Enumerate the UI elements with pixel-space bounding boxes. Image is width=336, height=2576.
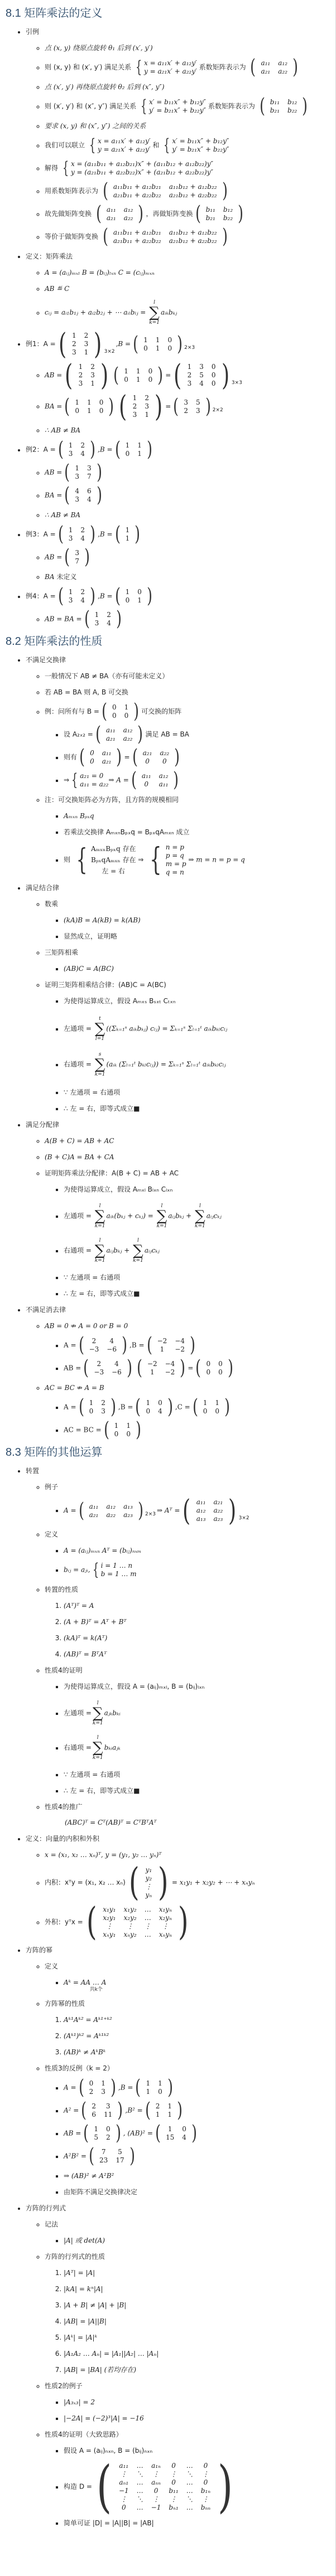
- list-item: 数乘 (kA)B = A(kB) = k(AB) 显然成立，证明略: [45, 899, 331, 941]
- list-item: 则 (x, y) 和 (x′, y′) 满足关系 {x = a₁₁x′ + a₁…: [45, 59, 331, 76]
- matrix: (a₁₁a₁₂a₂₁a₂₂): [94, 726, 145, 743]
- list-item: 定义 Aᵏ = AA … A共k个: [45, 1961, 331, 1992]
- list-item: |−2A| = (−2)³|A| = −16: [64, 2413, 331, 2423]
- list-item: A =(0123),B =(1110): [64, 2079, 331, 2096]
- equation-system: {x = a₁₁x′ + a₁₂y′y = a₂₁x′ + a₂₂y′: [133, 59, 197, 76]
- list-item: |A₃ₓ₃| = 2: [64, 2397, 331, 2407]
- list-item: |Aᵀ| = |A|: [64, 2268, 331, 2278]
- list-item: AB ≝ C: [45, 284, 331, 294]
- list-item: ∴ 左 = 右，即等式成立■: [64, 1786, 331, 1796]
- list-item: 点 (x′, y′) 再绕原点旋转 θ₂ 后到 (x″, y″): [45, 82, 331, 92]
- list-item: 证明矩阵乘法分配律：A(B + C) = AB + AC 为使得运算成立，假设 …: [45, 1168, 331, 1299]
- list-item: 简单可证 |D| = |A||B| = |AB|: [64, 2518, 331, 2528]
- list-item: 右通项 = s∑k=1(aᵢₖ (Σₗ₌₁ᵗ bₖₗcₗⱼ)) = Σₖ₌₁ˢ …: [64, 1052, 331, 1077]
- list-item: 性质2的例子 |A₃ₓ₃| = 2 |−2A| = (−2)³|A| = −16: [45, 2381, 331, 2423]
- matrix: (4634): [63, 487, 103, 504]
- list-item: AB =(1052), (AB)² =(10154): [64, 2125, 331, 2142]
- matrix: (a₁₁b₁₁ + a₁₂b₂₁a₁₁b₁₂ + a₁₂b₂₂a₂₁b₁₁ + …: [102, 229, 229, 245]
- matrix: (0100): [100, 703, 140, 720]
- intro-example: 引例 点 (x, y) 绕原点旋转 θ₁ 后到 (x′, y′) 则 (x, y…: [26, 27, 331, 245]
- matrix: (1100): [191, 1399, 231, 1416]
- list-item: ⇒{a₂₁ = 0a₁₁ = a₂₂⇒ A =(a₁₁a₁₂0a₁₁): [64, 772, 331, 789]
- matrix: (10154): [154, 2125, 198, 2142]
- matrix: (1337): [63, 464, 103, 481]
- matrix: (a₂₁a₂₂00): [131, 749, 181, 766]
- list-item: 为使得运算成立，假设 A = (aᵢⱼ)ₘₓₗ, B = (bᵢⱼ)ₗₓₙ: [64, 1681, 331, 1692]
- list-item: Aᵏ = AA … A共k个: [64, 1977, 331, 1992]
- list-item: 显然成立，证明略: [64, 931, 331, 941]
- list-item: (AB)ᵀ = BᵀAᵀ: [64, 1649, 331, 1659]
- list-item: AB =(24−3−6)(−2−41−2)=(0000): [64, 1360, 331, 1377]
- matrix: (1234): [57, 526, 97, 543]
- list-item: AC = BC ⇏ A = B A =(1203),B =(1004),C =(…: [45, 1383, 331, 1438]
- list-item: BA =(4634): [45, 487, 331, 504]
- list-item: x = (x₁, x₂ … xₙ)ᵀ, y = (y₁, y₂ … yₙ)ᵀ: [45, 1850, 331, 1860]
- matrix: (a₁₁a₁₂0a₁₁): [130, 772, 180, 789]
- matrix: (b₁₁b₁₂b₂₁b₂₂): [194, 206, 245, 222]
- transpose: 转置 例子 A =(a₁₁a₁₂a₁₃a₂₁a₂₂a₂₃)2×3⇒ Aᵀ =(a…: [26, 1466, 331, 1827]
- list-item: BA =(110010)(122331)=(3523)2×2: [45, 394, 331, 419]
- list-item: 左通项 = l∑k=1aᵢₖ(bₖⱼ + cₖⱼ) = l∑k=1aᵢⱼbₖⱼ …: [64, 1203, 331, 1229]
- list-item: |A| 或 det(A): [64, 2235, 331, 2246]
- list-item: (AB)ᵏ ≠ AᵏBᵏ: [64, 2047, 331, 2057]
- matrix: (11): [114, 526, 142, 543]
- list-item: (AB)C = A(BC): [64, 964, 331, 974]
- section-title-8-1: 8.1 矩阵乘法的定义: [6, 6, 331, 21]
- vector-products: 定义：向量的内积和外积 x = (x₁, x₂ … xₙ)ᵀ, y = (y₁,…: [26, 1834, 331, 1939]
- matrix: (0000): [194, 1360, 234, 1377]
- equation-system: {x = a₁₁x′ + a₁₂y′y = a₂₁x′ + a₂₂y′: [87, 137, 151, 154]
- list-item: ∵ 左通项 = 右通项: [64, 1272, 331, 1282]
- example-2: 例2：A =(1234),B =(1101) AB =(1337) BA =(4…: [26, 441, 331, 520]
- matrix: (122331): [63, 363, 110, 388]
- list-item: AC = BC =(1100): [64, 1422, 331, 1438]
- matrix: (a₁₁a₂₁a₁₂a₂₂a₁₃a₂₃)3×2: [181, 1498, 249, 1523]
- determinant: 方阵的行列式 记法 |A| 或 det(A) 方阵的行列式的性质 |Aᵀ| = …: [26, 2203, 331, 2528]
- list-item: (Aᵏ¹)ᵏ² = Aᵏ¹ᵏ²: [64, 2031, 331, 2041]
- list-item: 点 (x, y) 绕原点旋转 θ₁ 后到 (x′, y′): [45, 43, 331, 53]
- list-item: 例：问所有与 B =(0100)可交换的矩阵 设 A₂ₓ₂ =(a₁₁a₁₂a₂…: [45, 703, 331, 789]
- list-item: 解得 {x = (a₁₁b₁₁ + a₁₂b₂₁)x″ + (a₁₁b₁₂ + …: [45, 160, 331, 177]
- list-item: cᵢⱼ = aᵢ₁b₁ⱼ + aᵢ₂b₂ⱼ + ⋯ aᵢₗbₗⱼ = l∑k=1…: [45, 300, 331, 325]
- matrix: (1234): [57, 588, 97, 605]
- section-title-8-3: 8.3 矩阵的其他运算: [6, 1445, 331, 1460]
- matrix: (3523)2×2: [172, 398, 223, 415]
- list-item: 故先做矩阵变换 (a₁₁a₁₂a₂₁a₂₂)，再做矩阵变换(b₁₁b₁₂b₂₁b…: [45, 206, 331, 222]
- list-item: 性质3的反例（k = 2） A =(0123),B =(1110) A² =(2…: [45, 2063, 331, 2197]
- list-item: Aᵏ¹Aᵏ² = Aᵏ¹⁺ᵏ²: [64, 2015, 331, 2025]
- list-item: 性质4的推广 (ABC)ᵀ = Cᵀ(AB)ᵀ = CᵀBᵀAᵀ: [45, 1802, 331, 1827]
- list-item: 构造 D =(a₁₁…a₁ₙ0…0⋮⋱⋮⋮⋱⋮aₙ₁…aₙₙ0…0−1…0b₁₁…: [64, 2462, 331, 2512]
- matrix: (24−3−6): [82, 1360, 133, 1377]
- list-item: AB =(37): [45, 549, 331, 566]
- list-item: AB =(122331)(110010)=(130250340)3×3: [45, 363, 331, 388]
- matrix: (37): [63, 549, 91, 566]
- list-item: |Aᵏ| = |A|ᵏ: [64, 2332, 331, 2342]
- list-item: |AB| = |A||B|: [64, 2316, 331, 2326]
- matrix: (130250340)3×3: [172, 363, 242, 388]
- list-item: 设 A₂ₓ₂ =(a₁₁a₁₂a₂₁a₂₂)满足 AB = BA: [64, 726, 331, 743]
- matrix: (122331)3×2: [57, 332, 115, 357]
- list-item: 记法 |A| 或 det(A): [45, 2219, 331, 2246]
- list-item: A²B² =(752317): [64, 2148, 331, 2165]
- matrix: (23611): [80, 2102, 124, 2119]
- list-item: A =(a₁₁a₁₂a₁₃a₂₁a₂₂a₂₃)2×3⇒ Aᵀ =(a₁₁a₂₁a…: [64, 1498, 331, 1523]
- equation-system: {x = (a₁₁b₁₁ + a₁₂b₂₁)x″ + (a₁₁b₁₂ + a₁₂…: [60, 160, 213, 177]
- matrix: (752317): [88, 2148, 136, 2165]
- matrix: (a₁₁a₁₂a₂₁a₂₂): [249, 59, 299, 76]
- matrix: (b₁₁b₁₂b₂₁b₂₂): [258, 98, 309, 115]
- list-item: 性质4的证明（大致思路） 假设 A = (aᵢⱼ)ₙₓₙ, B = (bᵢⱼ)ₙ…: [45, 2429, 331, 2528]
- list-item: 等价于做矩阵变换 (a₁₁b₁₁ + a₁₂b₂₁a₁₁b₁₂ + a₁₂b₂₂…: [45, 229, 331, 245]
- list-item: 右通项 =l∑k=1bₖᵢaⱼₖ: [64, 1735, 331, 1761]
- matrix: (1203): [78, 1399, 117, 1416]
- list-item: (Aᵀ)ᵀ = A: [64, 1601, 331, 1611]
- matrix: (122331): [117, 394, 164, 419]
- list-item: 外积：yᵀx =(x₁y₁x₁y₂…x₁yₙx₂y₁x₂y₂…x₂yₙ⋮⋮⋮⋮x…: [45, 1906, 331, 1939]
- matrix: (1234): [57, 441, 97, 458]
- list-item: AB = 0 ⇏ A = 0 or B = 0 A =(24−3−6),B =(…: [45, 1321, 331, 1377]
- list-item: 若 AB = BA 则 A, B 可交换: [45, 687, 331, 697]
- list-item: AB = BA =(1234): [45, 611, 331, 628]
- equation-system: {x′ = b₁₁x″ + b₁₂y″y′ = b₂₁x″ + b₂₂y″: [138, 98, 206, 115]
- list-item: ⇒ (AB)² ≠ A²B²: [64, 2171, 331, 2181]
- list-item: 则有(0a₁₁0a₂₁)=(a₂₁a₂₂00): [64, 749, 331, 766]
- document: 8.1 矩阵乘法的定义 引例 点 (x, y) 绕原点旋转 θ₁ 后到 (x′,…: [0, 0, 335, 2545]
- list-item: 则 (x′, y′) 和 (x″, y″) 满足关系 {x′ = b₁₁x″ +…: [45, 98, 331, 115]
- list-item: |A₁A₂ … Aₙ| = |A₁||A₂| … |Aₙ|: [64, 2349, 331, 2359]
- non-commutative: 不满足交换律 一般情况下 AB ≠ BA（亦有可能未定义） 若 AB = BA …: [26, 655, 331, 877]
- list-item: 方阵幂的性质 Aᵏ¹Aᵏ² = Aᵏ¹⁺ᵏ² (Aᵏ¹)ᵏ² = Aᵏ¹ᵏ² (…: [45, 1999, 331, 2057]
- list-item: (B + C)A = BA + CA: [45, 1152, 331, 1162]
- example-3: 例3：A =(1234),B =(11) AB =(37) BA 未定义: [26, 526, 331, 582]
- list-item: 转置的性质 (Aᵀ)ᵀ = A (A + B)ᵀ = Aᵀ + Bᵀ (kA)ᵀ…: [45, 1585, 331, 1659]
- list-item: AB =(1337): [45, 464, 331, 481]
- matrix: (a₁₁a₁₂a₂₁a₂₂): [95, 206, 145, 222]
- list-item: 方阵的行列式的性质 |Aᵀ| = |A| |kA| = kⁿ|A| |A + B…: [45, 2252, 331, 2375]
- list-item: A =(24−3−6),B =(−2−41−2): [64, 1337, 331, 1354]
- list-item: 三矩阵相乘 (AB)C = A(BC): [45, 947, 331, 974]
- matrix: (0a₁₁0a₂₁): [78, 749, 123, 766]
- matrix: (a₁₁a₁₂a₁₃a₂₁a₂₂a₂₃)2×3: [78, 1503, 156, 1519]
- list-item: 左通项 =l∑k=1aⱼₖbₖᵢ: [64, 1700, 331, 1726]
- matrix: (2111): [144, 2102, 184, 2119]
- list-item: BA 未定义: [45, 572, 331, 582]
- list-item: 证明三矩阵相乘结合律：(AB)C = A(BC) 为使得运算成立，假设 Aₘₓₛ…: [45, 980, 331, 1114]
- list-item: ∵ 左通项 = 右通项: [64, 1770, 331, 1780]
- list-item: 内积：xᵀy = (x₁, x₂ … xₙ)(y₁y₂⋮yₙ)= x₁y₁ + …: [45, 1866, 331, 1899]
- matrix: (1100): [103, 1422, 142, 1438]
- list-item: 为使得运算成立，假设 Aₘₓₗ Bₗₓₙ Cₗₓₙ: [64, 1184, 331, 1194]
- matrix-power: 方阵的幂 定义 Aᵏ = AA … A共k个 方阵幂的性质 Aᵏ¹Aᵏ² = A…: [26, 1945, 331, 2197]
- matrix: (−2−41−2): [146, 1337, 197, 1354]
- example-4: 例4：A =(1234),B =(1001) AB = BA =(1234): [26, 588, 331, 628]
- matrix: (−2−41−2): [136, 1360, 187, 1377]
- matrix: (0123): [78, 2079, 117, 2096]
- list-item: (kA)ᵀ = k(Aᵀ): [64, 1633, 331, 1643]
- matrix: (1052): [82, 2125, 122, 2142]
- list-item: |kA| = kⁿ|A|: [64, 2284, 331, 2294]
- matrix: (1001): [114, 588, 153, 605]
- list-item: ∵ 左通项 = 右通项: [64, 1087, 331, 1097]
- list-item: 例子 A =(a₁₁a₁₂a₁₃a₂₁a₂₂a₂₃)2×3⇒ Aᵀ =(a₁₁a…: [45, 1482, 331, 1523]
- list-item: 一般情况下 AB ≠ BA（亦有可能未定义）: [45, 671, 331, 681]
- list-item: 右通项 = l∑k=1aᵢⱼbₖⱼ + l∑k=1aᵢⱼcₖⱼ: [64, 1238, 331, 1263]
- list-item: 我们可以联立 {x = a₁₁x′ + a₁₂y′y = a₂₁x′ + a₂₂…: [45, 137, 331, 154]
- definition-matrix-multiplication: 定义：矩阵乘法 A = (aᵢⱼ)ₘₓₗ B = (bᵢⱼ)ₗₓₙ C = (c…: [26, 251, 331, 325]
- list-item: 定义 A = (aᵢⱼ)ₘₓₙ Aᵀ = (bᵢⱼ)ₙₓₘ bᵢⱼ = aⱼᵢ,…: [45, 1529, 331, 1578]
- matrix: (110010)2×3: [132, 336, 195, 353]
- list-item: ∴ 左 = 右，即等式成立■: [64, 1104, 331, 1114]
- matrix: (24−3−6): [78, 1337, 129, 1354]
- associative: 满足结合律 数乘 (kA)B = A(kB) = k(AB) 显然成立，证明略 …: [26, 883, 331, 1114]
- list-item: 左通项 = t∑l=1((Σₖ₌₁ˢ aᵢₖbₖⱼ) cₗⱼ) = Σₖ₌₁ˢ …: [64, 1016, 331, 1042]
- list-item: 由矩阵不满足交换律决定: [64, 2187, 331, 2197]
- list-item: A =(1203),B =(1004),C =(1100): [64, 1399, 331, 1416]
- matrix: (x₁y₁x₁y₂…x₁yₙx₂y₁x₂y₂…x₂yₙ⋮⋮⋮⋮xₙy₁xₙy₂……: [84, 1906, 191, 1939]
- list-item: |A + B| ≠ |A| + |B|: [64, 2300, 331, 2310]
- list-item: 若乘法交换律 AₘₓₙBₚₓq = BₚₓqAₘₓₙ 成立: [64, 827, 331, 837]
- section-title-8-2: 8.2 矩阵乘法的性质: [6, 634, 331, 649]
- matrix: (1004): [134, 1399, 174, 1416]
- list-item: bᵢⱼ = aⱼᵢ,{i = 1 … nb = 1 … m: [64, 1562, 331, 1578]
- list-item: 注：可交换矩阵必为方阵，且方阵的规模相同 Aₘₓₙ Bₚₓq 若乘法交换律 Aₘ…: [45, 795, 331, 877]
- matrix: (110010): [63, 398, 115, 415]
- list-item: A = (aᵢⱼ)ₘₓₗ B = (bᵢⱼ)ₗₓₙ C = (cᵢⱼ)ₘₓₙ: [45, 268, 331, 278]
- list-item: 为使得运算成立，假设 Aₘₓₛ Bₛₓₜ Cₜₓₙ: [64, 996, 331, 1006]
- list-item: 要求 (x, y) 和 (x″, y″) 之间的关系: [45, 121, 331, 131]
- list-item: A = (aᵢⱼ)ₘₓₙ Aᵀ = (bᵢⱼ)ₙₓₘ: [64, 1545, 331, 1556]
- matrix: (1234): [83, 611, 123, 628]
- list-item: ∴ AB ≠ BA: [45, 510, 331, 520]
- distributive: 满足分配律 A(B + C) = AB + AC (B + C)A = BA +…: [26, 1120, 331, 1299]
- equation-system: {x′ = b₁₁x″ + b₁₂y″y′ = b₂₁x″ + b₂₂y″: [161, 137, 229, 154]
- list-item: A² =(23611),B² =(2111): [64, 2102, 331, 2119]
- example-1: 例1：A =(122331)3×2,B =(110010)2×3 AB =(12…: [26, 332, 331, 435]
- matrix: (a₁₁…a₁ₙ0…0⋮⋱⋮⋮⋱⋮aₙ₁…aₙₙ0…0−1…0b₁₁…b₁ₙ⋮⋱…: [93, 2462, 236, 2512]
- list-item: A(B + C) = AB + AC: [45, 1136, 331, 1146]
- list-item: (kA)B = A(kB) = k(AB): [64, 915, 331, 925]
- matrix: (y₁y₂⋮yₙ): [127, 1866, 171, 1899]
- summation: l∑k=1: [149, 300, 160, 325]
- list-item: 用系数矩阵表示为 (a₁₁b₁₁ + a₁₂b₂₁a₁₁b₁₂ + a₁₂b₂₂…: [45, 183, 331, 200]
- non-cancellation: 不满足消去律 AB = 0 ⇏ A = 0 or B = 0 A =(24−3−…: [26, 1305, 331, 1438]
- matrix: (110010): [112, 367, 164, 384]
- list-item: ∴ AB ≠ BA: [45, 425, 331, 435]
- list-item: 性质4的证明 为使得运算成立，假设 A = (aᵢⱼ)ₘₓₗ, B = (bᵢⱼ…: [45, 1665, 331, 1796]
- matrix: (a₁₁b₁₁ + a₁₂b₂₁a₁₁b₁₂ + a₁₂b₂₂a₂₁b₁₁ + …: [102, 183, 229, 200]
- matrix: (1110): [134, 2079, 174, 2096]
- list-item: Aₘₓₙ Bₚₓq: [64, 811, 331, 821]
- matrix: (1101): [114, 441, 153, 458]
- list-item: (A + B)ᵀ = Aᵀ + Bᵀ: [64, 1617, 331, 1627]
- list-item: 则 {AₘₓₙBₚₓq 存在BₚₓqAₘₓₙ 存在左 = 右 ⇒ {n = pp…: [64, 843, 331, 877]
- list-item: ∴ 左 = 右，即等式成立■: [64, 1289, 331, 1299]
- list-item: |AB| = |BA| (若均存在): [64, 2365, 331, 2375]
